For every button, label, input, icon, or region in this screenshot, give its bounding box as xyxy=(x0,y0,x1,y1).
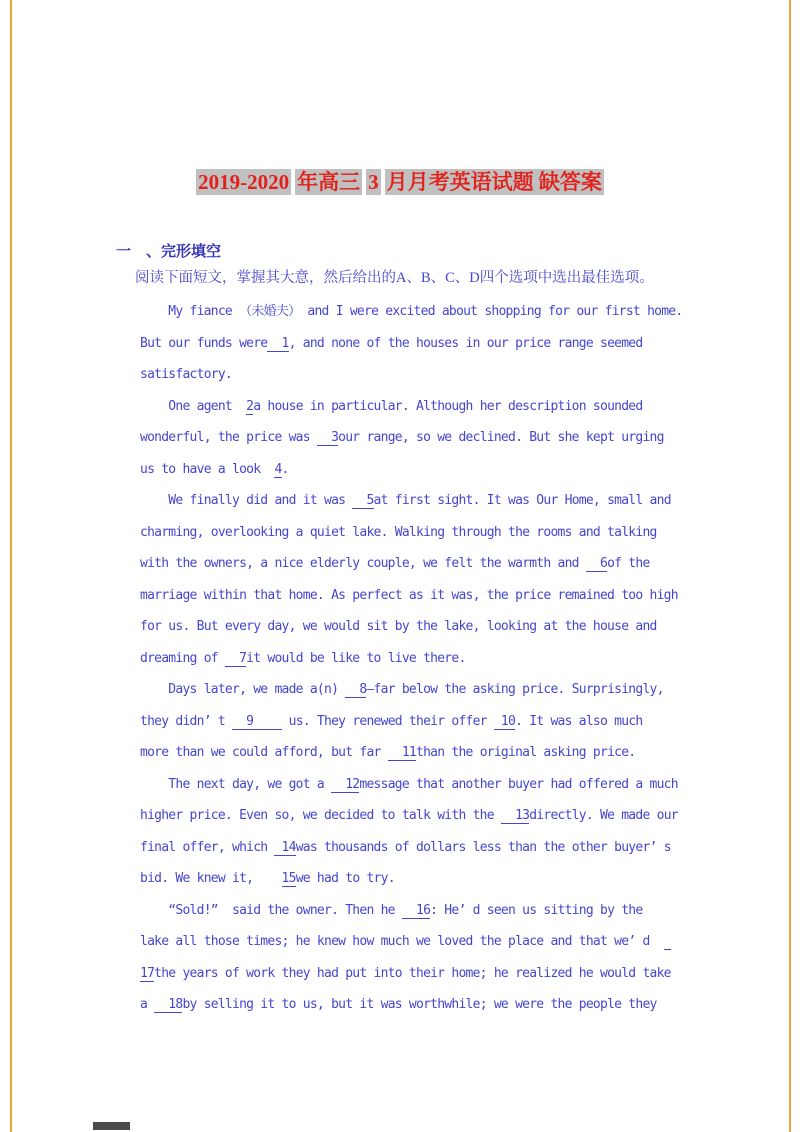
text-segment: it would be like to live there. xyxy=(246,651,465,666)
text-line: they didn’ t 9 us. They renewed their of… xyxy=(140,706,760,738)
text-line: us to have a look 4. xyxy=(140,454,760,486)
text-line: lake all those times; he knew how much w… xyxy=(140,926,760,958)
text-segment: us to have a look xyxy=(140,462,274,477)
text-segment: lake all those times; he knew how much w… xyxy=(140,934,664,949)
text-line: marriage within that home. As perfect as… xyxy=(140,580,760,612)
title-segment: 年高三 xyxy=(295,169,362,195)
text-segment: Days later, we made a(n) xyxy=(140,682,345,697)
title-segment: 3 xyxy=(366,169,381,195)
blank-underline: 13 xyxy=(501,808,529,824)
text-segment: us. They renewed their offer xyxy=(282,714,494,729)
blank-underline: 11 xyxy=(388,745,416,761)
text-line: more than we could afford, but far 11tha… xyxy=(140,737,760,769)
blank-underline: 16 xyxy=(402,903,430,919)
text-segment: higher price. Even so, we decided to tal… xyxy=(140,808,501,823)
text-line: Days later, we made a(n) 8—far below the… xyxy=(140,674,760,706)
text-segment: . xyxy=(282,462,289,477)
text-line: wonderful, the price was 3our range, so … xyxy=(140,422,760,454)
text-line: a 18by selling it to us, but it was wort… xyxy=(140,989,760,1021)
text-segment: than the original asking price. xyxy=(416,745,635,760)
text-segment: wonderful, the price was xyxy=(140,430,317,445)
text-segment: a xyxy=(140,997,154,1012)
text-segment: —far below the asking price. Surprisingl… xyxy=(366,682,663,697)
text-line: charming, overlooking a quiet lake. Walk… xyxy=(140,517,760,549)
blank-underline: 8 xyxy=(345,682,366,698)
blank-underline: 14 xyxy=(274,840,295,856)
text-line: with the owners, a nice elderly couple, … xyxy=(140,548,760,580)
blank-underline: 12 xyxy=(331,777,359,793)
blank-underline: 4 xyxy=(274,462,281,478)
text-segment: with the owners, a nice elderly couple, … xyxy=(140,556,586,571)
blank-underline: 10 xyxy=(494,714,515,730)
blank-underline: 7 xyxy=(225,651,246,667)
text-line: 17the years of work they had put into th… xyxy=(140,958,760,990)
text-segment: by selling it to us, but it was worthwhi… xyxy=(182,997,656,1012)
text-line: higher price. Even so, we decided to tal… xyxy=(140,800,760,832)
text-line: My fiance （未婚夫） and I were excited about… xyxy=(140,296,760,328)
text-segment: our range, so we declined. But she kept … xyxy=(338,430,664,445)
text-line: One agent 2a house in particular. Althou… xyxy=(140,391,760,423)
text-line: satisfactory. xyxy=(140,359,760,391)
document-title-segments: 2019-2020年高三3月月考英语试题 缺答案 xyxy=(196,170,604,194)
text-segment: : He’ d seen us sitting by the xyxy=(430,903,642,918)
text-segment: But our funds were xyxy=(140,336,267,351)
text-segment: marriage within that home. As perfect as… xyxy=(140,588,678,603)
text-segment: , and none of the houses in our price ra… xyxy=(289,336,643,351)
text-segment: a house in particular. Although her desc… xyxy=(253,399,642,414)
text-segment: My fiance （未婚夫） and I were excited about… xyxy=(140,304,682,319)
text-segment: “Sold!” said the owner. Then he xyxy=(140,903,402,918)
title-segment: 月月考英语试题 缺答案 xyxy=(385,169,604,195)
text-segment: they didn’ t xyxy=(140,714,232,729)
text-line: “Sold!” said the owner. Then he 16: He’ … xyxy=(140,895,760,927)
text-segment: We finally did and it was xyxy=(140,493,352,508)
text-segment: message that another buyer had offered a… xyxy=(359,777,677,792)
blank-underline: 9 xyxy=(232,714,282,730)
title-segment: 2019-2020 xyxy=(196,169,291,195)
text-line: dreaming of 7it would be like to live th… xyxy=(140,643,760,675)
text-segment: final offer, which xyxy=(140,840,274,855)
blank-underline: 18 xyxy=(154,997,182,1013)
section-heading: 一 、完形填空 xyxy=(116,240,221,261)
text-segment: was thousands of dollars less than the o… xyxy=(296,840,671,855)
text-segment: more than we could afford, but far xyxy=(140,745,388,760)
blank-underline xyxy=(664,934,671,950)
text-line: But our funds were 1, and none of the ho… xyxy=(140,328,760,360)
text-line: final offer, which 14was thousands of do… xyxy=(140,832,760,864)
blank-underline: 15 xyxy=(282,871,296,887)
text-segment: for us. But every day, we would sit by t… xyxy=(140,619,657,634)
text-segment: The next day, we got a xyxy=(140,777,331,792)
blank-underline: 17 xyxy=(140,966,154,982)
text-segment: of the xyxy=(607,556,649,571)
text-segment: . It was also much xyxy=(515,714,642,729)
text-line: The next day, we got a 12message that an… xyxy=(140,769,760,801)
document-page: { "colors": { "margin_line": "#eda43d", … xyxy=(0,0,800,1132)
blank-underline: 1 xyxy=(267,336,288,352)
text-segment: satisfactory. xyxy=(140,367,232,382)
text-segment: at first sight. It was Our Home, small a… xyxy=(374,493,671,508)
bottom-left-bar xyxy=(93,1122,130,1130)
text-segment: dreaming of xyxy=(140,651,225,666)
text-segment: we had to try. xyxy=(296,871,395,886)
text-segment: charming, overlooking a quiet lake. Walk… xyxy=(140,525,657,540)
text-segment: directly. We made our xyxy=(529,808,678,823)
text-segment: bid. We knew it, xyxy=(140,871,282,886)
blank-underline: 5 xyxy=(352,493,373,509)
text-line: We finally did and it was 5at first sigh… xyxy=(140,485,760,517)
text-line: for us. But every day, we would sit by t… xyxy=(140,611,760,643)
blank-underline: 6 xyxy=(586,556,607,572)
text-segment: One agent xyxy=(140,399,246,414)
blank-underline: 3 xyxy=(317,430,338,446)
section-instruction: 阅读下面短文，掌握其大意，然后给出的A、B、C、D四个选项中选出最佳选项。 xyxy=(135,266,654,287)
document-title: 2019-2020年高三3月月考英语试题 缺答案 xyxy=(0,166,800,196)
text-segment: the years of work they had put into thei… xyxy=(154,966,671,981)
text-line: bid. We knew it, 15we had to try. xyxy=(140,863,760,895)
body-lines: My fiance （未婚夫） and I were excited about… xyxy=(140,296,760,1021)
